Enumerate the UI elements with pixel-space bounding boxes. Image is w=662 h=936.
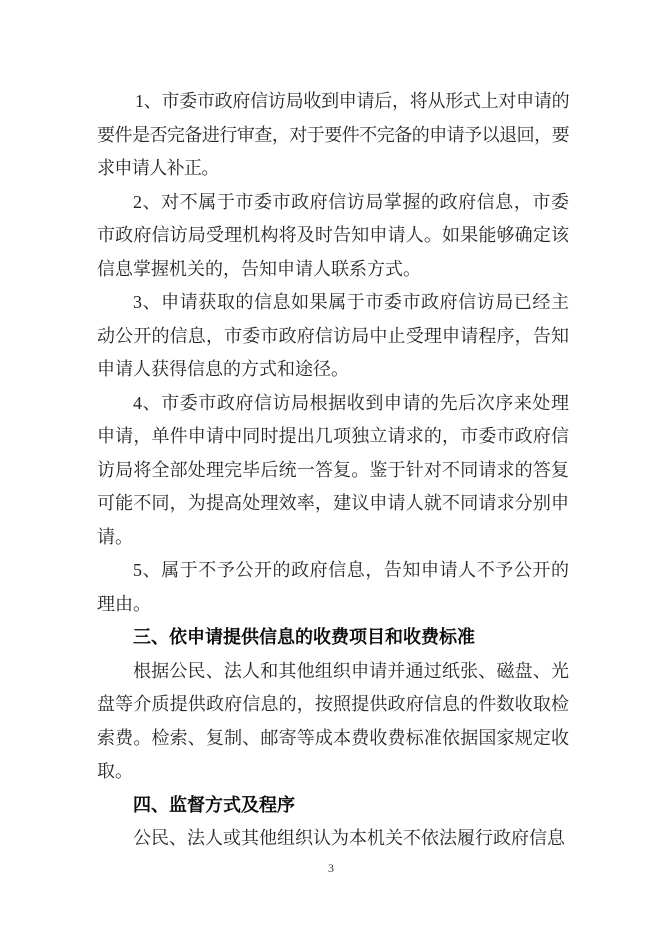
paragraph-info-not-held: 2、对不属于市委市政府信访局掌握的政府信息，市委市政府信访局受理机构将及时告知申… xyxy=(97,186,569,287)
paragraph-supervision-intro: 公民、法人或其他组织认为本机关不依法履行政府信息 xyxy=(97,822,569,856)
page-number: 3 xyxy=(0,860,662,876)
paragraph-processing-order: 4、市委市政府信访局根据收到申请的先后次序来处理申请，单件申请中同时提出几项独立… xyxy=(97,387,569,555)
paragraph-fee-collection-rules: 根据公民、法人和其他组织申请并通过纸张、磁盘、光盘等介质提供政府信息的，按照提供… xyxy=(97,655,569,789)
section-heading-fee-items-standards: 三、依申请提供信息的收费项目和收费标准 xyxy=(97,621,569,655)
paragraph-info-already-public: 3、申请获取的信息如果属于市委市政府信访局已经主动公开的信息，市委市政府信访局中… xyxy=(97,286,569,387)
document-page: 1、市委市政府信访局收到申请后，将从形式上对申请的要件是否完备进行审查，对于要件… xyxy=(0,0,662,936)
document-body: 1、市委市政府信访局收到申请后，将从形式上对申请的要件是否完备进行审查，对于要件… xyxy=(97,85,569,856)
section-heading-supervision-procedure: 四、监督方式及程序 xyxy=(97,789,569,823)
paragraph-application-form-review: 1、市委市政府信访局收到申请后，将从形式上对申请的要件是否完备进行审查，对于要件… xyxy=(97,85,569,186)
paragraph-nondisclosure-reason: 5、属于不予公开的政府信息，告知申请人不予公开的理由。 xyxy=(97,554,569,621)
